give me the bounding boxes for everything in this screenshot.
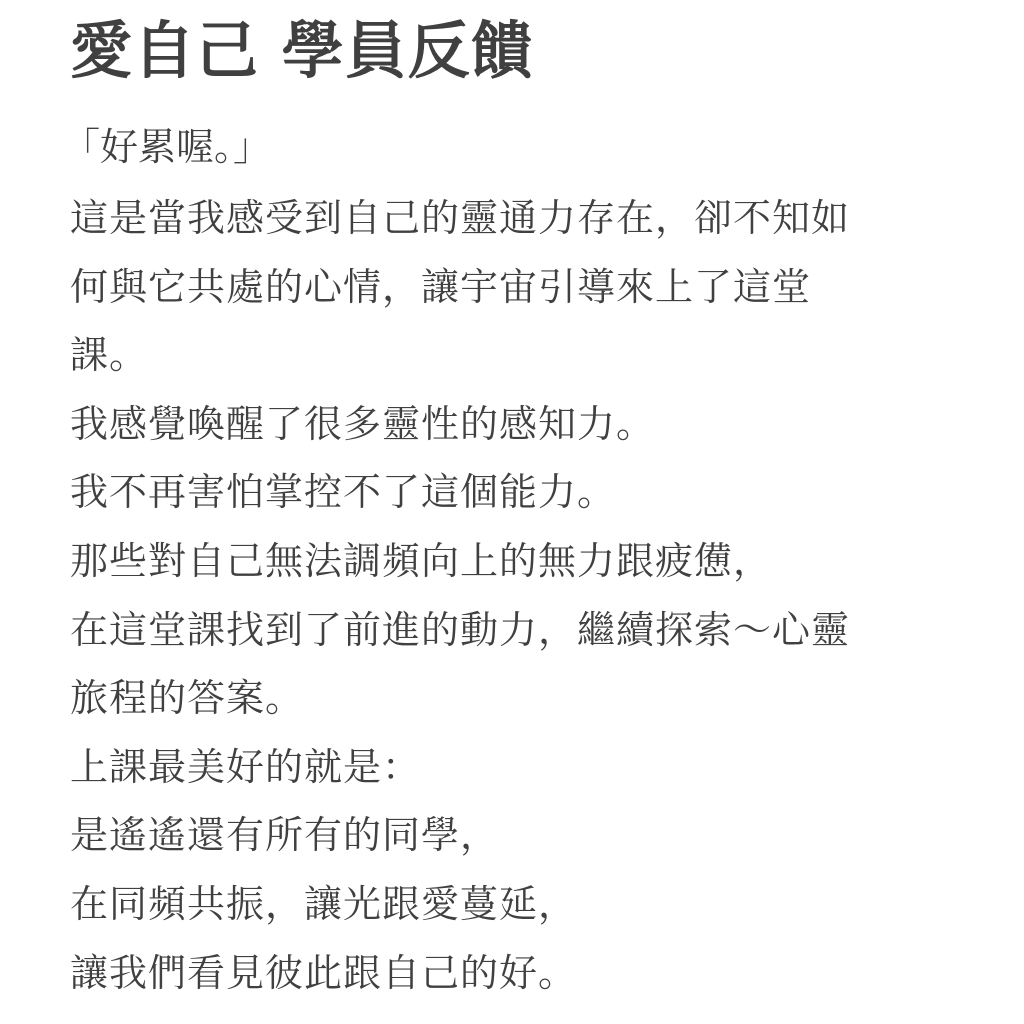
opening-quote: 「好累喔。」 xyxy=(62,120,271,174)
testimonial-body: 這是當我感受到自己的靈通力存在，卻不知如 何與它共處的心情，讓宇宙引導來上了這堂… xyxy=(70,184,990,1007)
testimonial-line: 何與它共處的心情，讓宇宙引導來上了這堂 xyxy=(70,253,990,322)
testimonial-line: 那些對自己無法調頻向上的無力跟疲憊， xyxy=(70,527,990,596)
testimonial-line: 我感覺喚醒了很多靈性的感知力。 xyxy=(70,390,990,459)
testimonial-line: 是遙遙還有所有的同學， xyxy=(70,801,990,870)
testimonial-line: 旅程的答案。 xyxy=(70,664,990,733)
testimonial-line: 在同頻共振，讓光跟愛蔓延， xyxy=(70,870,990,939)
testimonial-line: 在這堂課找到了前進的動力，繼續探索～心靈 xyxy=(70,596,990,665)
page-title: 愛自己 學員反饋 xyxy=(70,8,534,94)
testimonial-line: 我不再害怕掌控不了這個能力。 xyxy=(70,458,990,527)
testimonial-line: 課。 xyxy=(70,321,990,390)
testimonial-line: 這是當我感受到自己的靈通力存在，卻不知如 xyxy=(70,184,990,253)
testimonial-line: 上課最美好的就是： xyxy=(70,733,990,802)
testimonial-line: 讓我們看見彼此跟自己的好。 xyxy=(70,939,990,1008)
